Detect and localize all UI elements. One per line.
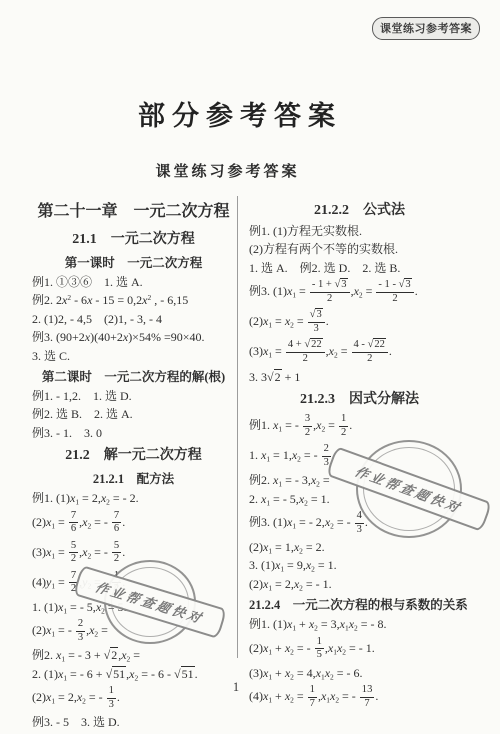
- answer-line: (4)x1 + x2 = 17,x1x2 = - 137.: [249, 684, 470, 710]
- fraction: 13: [107, 686, 116, 710]
- section-heading: 第一课时 一元二次方程: [32, 253, 235, 271]
- section-heading: 21.2.4 一元二次方程的根与系数的关系: [249, 595, 470, 613]
- page-title: 部分参考答案: [0, 94, 480, 133]
- answer-line: 2. (1)x1 = - 6 + √51,x2 = - 6 - √51.: [32, 667, 235, 681]
- answer-line: 例2. x1 = - 3 + √2,x2 =: [32, 648, 235, 662]
- section-heading: 第二课时 一元二次方程的解(根): [32, 367, 235, 385]
- sqrt-icon: √2: [267, 369, 282, 384]
- answer-line: 2. (1)2, - 4,5 (2)1, - 3, - 4: [32, 312, 235, 326]
- fraction: 15: [315, 637, 324, 661]
- left-column: 第二十一章 一元二次方程21.1 一元二次方程第一课时 一元二次方程例1. ①③…: [32, 196, 235, 734]
- fraction: 4 - √222: [352, 340, 388, 364]
- fraction: 32: [303, 414, 312, 438]
- answer-line: 例2. 2x2 - 6x - 15 = 0,2x2 , - 6,15: [32, 293, 235, 307]
- answer-line: 例3. - 5 3. 选 D.: [32, 715, 235, 729]
- answer-line: 例1. x1 = - 32,x2 = 12.: [249, 413, 470, 439]
- answer-line: 3. 3√2 + 1: [249, 370, 470, 384]
- approval-stamp-right: 作业帮查题快对: [356, 440, 462, 538]
- sqrt-icon: √3: [399, 278, 412, 290]
- section-heading: 21.2.2 公式法: [249, 199, 470, 219]
- answer-line: 例1. - 1,2. 1. 选 D.: [32, 389, 235, 403]
- page-number: 1: [226, 680, 246, 695]
- fraction: 76: [69, 511, 78, 535]
- section-heading: 21.2 解一元二次方程: [32, 444, 235, 464]
- sqrt-icon: √51: [106, 666, 127, 681]
- fraction: 4 + √222: [286, 340, 325, 364]
- fraction: 23: [76, 619, 85, 643]
- answer-line: (2)x1 + x2 = - 15,x1x2 = - 1.: [249, 636, 470, 662]
- answer-line: 例2. 选 B. 2. 选 A.: [32, 407, 235, 421]
- answer-book-page: 课堂练习参考答案 部分参考答案 课堂练习参考答案 第二十一章 一元二次方程21.…: [0, 0, 500, 734]
- section-heading: 21.1 一元二次方程: [32, 228, 235, 248]
- fraction: - 1 + √32: [310, 280, 350, 304]
- answer-line: 例1. ①③⑥ 1. 选 A.: [32, 275, 235, 289]
- approval-stamp-left: 作业帮查题快对: [104, 560, 196, 644]
- answer-line: 3. 选 C.: [32, 349, 235, 363]
- corner-tab: 课堂练习参考答案: [372, 17, 480, 40]
- answer-line: 例3. (1)x1 = - 1 + √32,x2 = - 1 - √32.: [249, 279, 470, 305]
- sqrt-icon: √22: [368, 338, 386, 350]
- answer-line: 3. (1)x1 = 9,x2 = 1.: [249, 558, 470, 572]
- answer-line: 例3. (90+2x)(40+2x)×54% =90×40.: [32, 330, 235, 344]
- fraction: 52: [69, 541, 78, 565]
- fraction: √33: [308, 310, 325, 334]
- section-heading: 21.2.1 配方法: [32, 469, 235, 487]
- section-heading: 21.2.3 因式分解法: [249, 388, 470, 408]
- sqrt-icon: √3: [310, 308, 323, 320]
- fraction: 137: [360, 685, 375, 709]
- answer-line: (2)x1 = 1,x2 = 2.: [249, 540, 470, 554]
- answer-line: 1. 选 A. 例2. 选 D. 2. 选 B.: [249, 261, 470, 275]
- answer-line: (2)方程有两个不等的实数根.: [249, 242, 470, 256]
- section-heading: 第二十一章 一元二次方程: [32, 198, 235, 221]
- sqrt-icon: √22: [304, 338, 322, 350]
- sqrt-icon: √2: [104, 647, 119, 662]
- fraction: 12: [339, 414, 348, 438]
- answer-line: 例3. - 1. 3. 0: [32, 426, 235, 440]
- sqrt-icon: √51: [174, 666, 195, 681]
- answer-line: (3)x1 + x2 = 4,x1x2 = - 6.: [249, 666, 470, 680]
- answer-line: 例1. (1)方程无实数根.: [249, 224, 470, 238]
- fraction: 17: [308, 685, 317, 709]
- answer-line: (2)x1 = 76,x2 = - 76.: [32, 510, 235, 536]
- answer-line: 例1. (1)x1 = 2,x2 = - 2.: [32, 491, 235, 505]
- answer-line: (2)x1 = x2 = √33.: [249, 309, 470, 335]
- corner-tab-label: 课堂练习参考答案: [380, 23, 472, 35]
- answer-line: (2)x1 = 2,x2 = - 1.: [249, 577, 470, 591]
- page-subtitle: 课堂练习参考答案: [0, 160, 455, 181]
- sqrt-icon: √3: [334, 278, 347, 290]
- fraction: - 1 - √32: [376, 280, 413, 304]
- fraction: 76: [112, 511, 121, 535]
- answer-line: (3)x1 = 4 + √222,x2 = 4 - √222.: [249, 339, 470, 365]
- answer-line: 例1. (1)x1 + x2 = 3,x1x2 = - 8.: [249, 617, 470, 631]
- answer-line: (2)x1 = 2,x2 = - 13.: [32, 685, 235, 711]
